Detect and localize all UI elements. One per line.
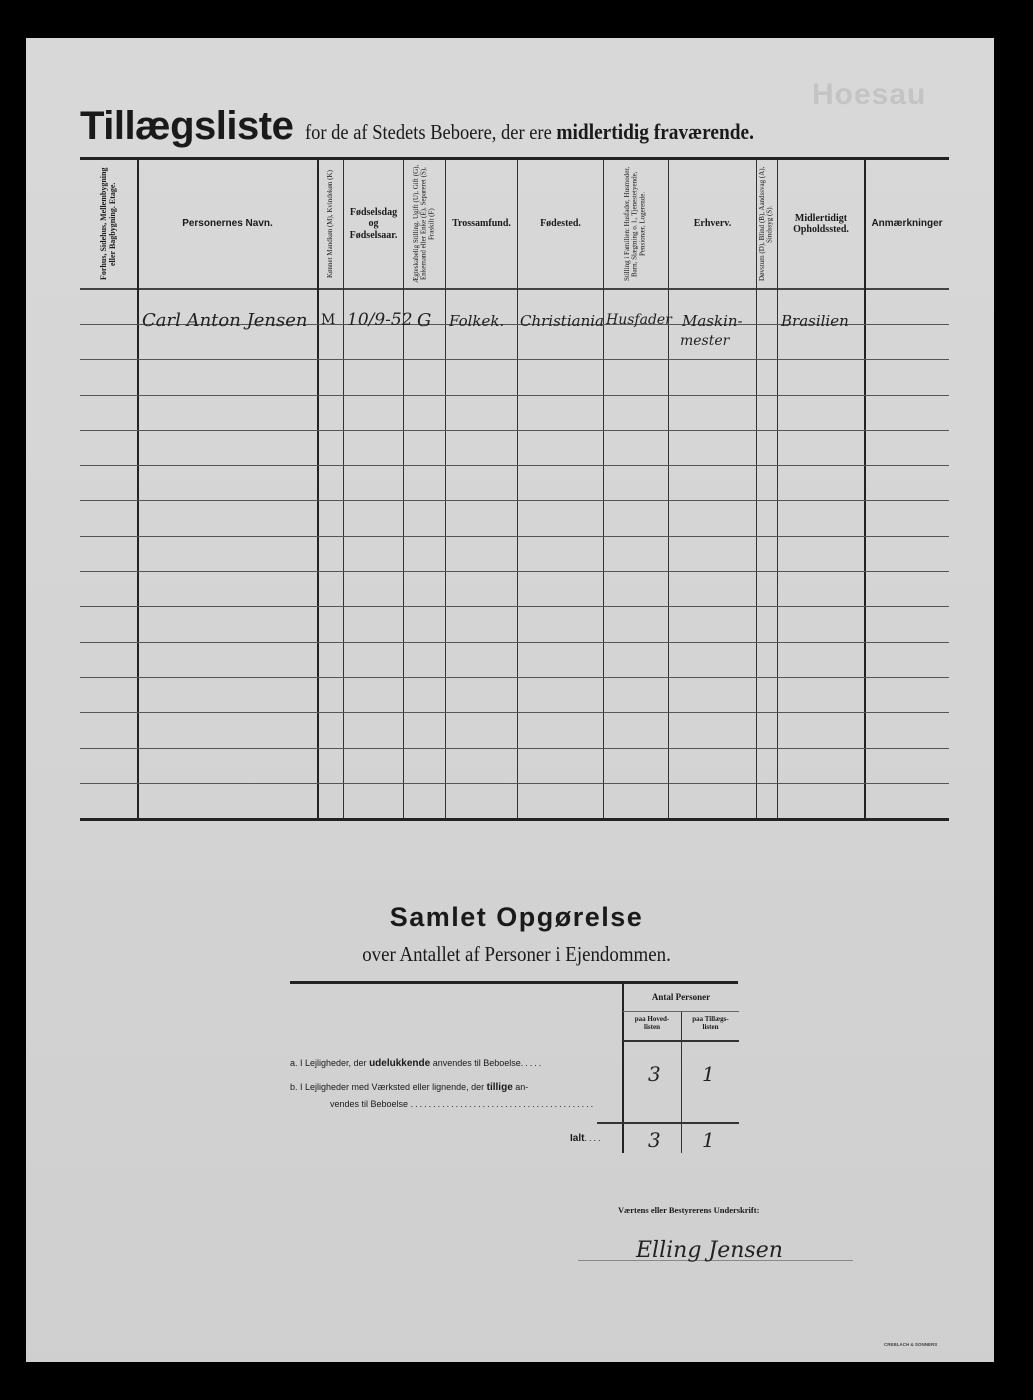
title-end: midlertidig fraværende. bbox=[557, 119, 755, 144]
row-divider bbox=[80, 395, 949, 396]
title-middle: for de af Stedets Beboere, der ere bbox=[305, 120, 552, 144]
summary-line-b: b. I Lejligheder med Værksted eller lign… bbox=[290, 1082, 528, 1093]
row-divider bbox=[80, 606, 949, 607]
header-temporary-residence: Midlertidigt Opholdssted. bbox=[778, 160, 864, 288]
summary-top-rule bbox=[290, 981, 738, 984]
summary-title: Samlet Opgørelse bbox=[0, 902, 1033, 933]
row-divider bbox=[80, 783, 949, 784]
row-divider bbox=[80, 571, 949, 572]
summary-rule bbox=[623, 1011, 739, 1012]
summary-line-b-cont: vendes til Beboelse ....................… bbox=[330, 1099, 595, 1109]
header-family-position: Stilling i Familien: Husfader, Husmoder,… bbox=[604, 160, 668, 288]
printer-mark: CREBLACH & SONNERS bbox=[884, 1342, 937, 1347]
cell-birth: 10/9-52 bbox=[347, 310, 413, 330]
cell-name: Carl Anton Jensen bbox=[142, 310, 308, 331]
table-bottom-rule bbox=[80, 818, 949, 821]
title-main: Tillægsliste bbox=[80, 104, 293, 148]
signature-label: Værtens eller Bestyrerens Underskrift: bbox=[618, 1205, 759, 1215]
row-divider bbox=[80, 677, 949, 678]
summary-value-supplement: 1 bbox=[702, 1062, 715, 1086]
cell-occupation-line2: mester bbox=[680, 333, 729, 349]
summary-col-main: paa Hoved- listen bbox=[623, 1015, 681, 1031]
summary-total-label: Ialt.... bbox=[570, 1133, 602, 1144]
signature-name: Elling Jensen bbox=[636, 1238, 783, 1263]
header-religion: Trossamfund. bbox=[446, 160, 517, 288]
row-divider bbox=[80, 536, 949, 537]
summary-line-a: a. I Lejligheder, der udelukkende anvend… bbox=[290, 1058, 543, 1069]
cell-marital: G bbox=[417, 310, 431, 331]
cell-birthplace: Christiania bbox=[520, 312, 604, 330]
header-sex: Kønnet Mandkøn (M), Kvindekøn (K) bbox=[318, 160, 343, 288]
summary-value-main: 3 bbox=[648, 1062, 661, 1086]
header-marital: Ægteskabelig Stilling. Ugift (U), Gift (… bbox=[404, 160, 445, 288]
header-remarks: Anmærkninger bbox=[865, 160, 949, 288]
summary-subtitle: over Antallet af Personer i Ejendommen. bbox=[52, 942, 982, 967]
cell-sex: M bbox=[321, 312, 335, 328]
summary-header-group: Antal Personer bbox=[623, 992, 739, 1002]
header-occupation: Erhverv. bbox=[669, 160, 756, 288]
summary-col-divider bbox=[622, 983, 624, 1153]
header-building: Forhus, Sidehus, Mellembygning eller Bag… bbox=[80, 160, 137, 288]
summary-total-main: 3 bbox=[648, 1128, 661, 1152]
row-divider bbox=[80, 359, 949, 360]
form-title: Tillægsliste for de af Stedets Beboere, … bbox=[80, 104, 950, 150]
header-bottom-rule bbox=[80, 288, 949, 290]
cell-occupation-line1: Maskin- bbox=[682, 312, 743, 330]
row-divider bbox=[80, 748, 949, 749]
header-birth: Fødselsdag og Fødselsaar. bbox=[344, 160, 403, 288]
cell-temporary-residence: Brasilien bbox=[781, 312, 849, 330]
cell-religion: Folkek. bbox=[449, 312, 504, 330]
row-divider bbox=[80, 712, 949, 713]
summary-col-supplement: paa Tillægs- listen bbox=[682, 1015, 739, 1031]
row-divider bbox=[80, 465, 949, 466]
row-divider bbox=[80, 500, 949, 501]
header-disability: Døvstum (D), Blind (B), Aandssvag (A), S… bbox=[757, 160, 777, 288]
row-divider bbox=[80, 430, 949, 431]
summary-col-divider bbox=[681, 1012, 682, 1153]
header-birthplace: Fødested. bbox=[518, 160, 603, 288]
summary-rule bbox=[623, 1040, 739, 1042]
row-divider bbox=[80, 642, 949, 643]
header-name: Personernes Navn. bbox=[138, 160, 317, 288]
summary-total-rule bbox=[597, 1122, 739, 1124]
cell-family-position: Husfader bbox=[606, 312, 672, 328]
summary-total-supplement: 1 bbox=[702, 1128, 715, 1152]
